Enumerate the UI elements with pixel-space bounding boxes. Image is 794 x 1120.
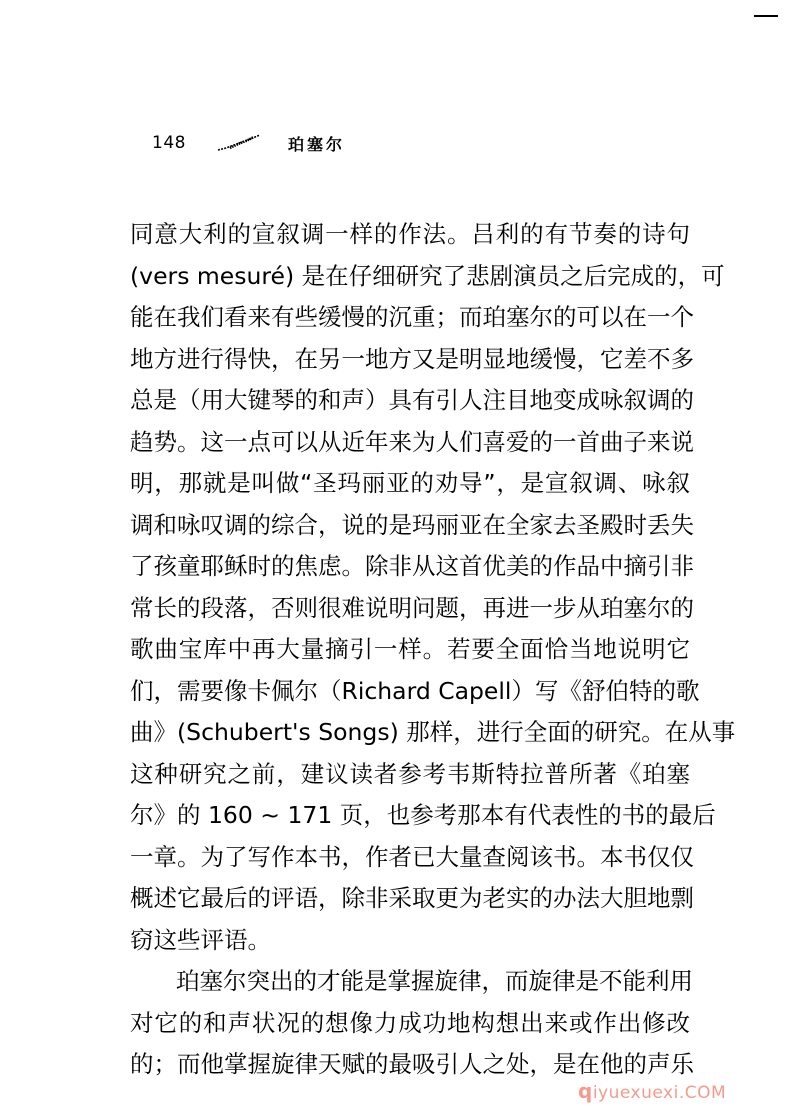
text-line: 这种研究之前，建议读者参考韦斯特拉普所著《珀塞	[130, 754, 690, 796]
running-title: 珀塞尔	[288, 132, 345, 155]
text-line: 调和咏叹调的综合，说的是玛丽亚在全家去圣殿时丢失	[130, 505, 690, 547]
text-line: 歌曲宝库中再大量摘引一样。若要全面恰当地说明它	[130, 629, 690, 671]
text-line: 们，需要像卡佩尔（Richard Capell）写《舒伯特的歌	[130, 671, 690, 713]
text-line: 地方进行得快，在另一地方又是明显地缓慢，它差不多	[130, 339, 690, 381]
text-line: 明，那就是叫做“圣玛丽亚的劝导”，是宣叙调、咏叙	[130, 463, 690, 505]
text-line: 尔》的 160 ~ 171 页，也参考那本有代表性的书的最后	[130, 795, 690, 837]
page-header: 148 珀塞尔	[152, 128, 345, 158]
text-line: 概述它最后的评语，除非采取更为老实的办法大胆地剽	[130, 878, 690, 920]
watermark-q-glyph: q	[578, 1079, 593, 1103]
text-line: (vers mesuré) 是在仔细研究了悲剧演员之后完成的，可	[130, 256, 690, 298]
corner-rule	[754, 15, 778, 17]
paragraph-end-line: 窃这些评语。	[130, 920, 690, 962]
page-number: 148	[152, 133, 186, 153]
paragraph-start-line: 珀塞尔突出的才能是掌握旋律，而旋律是不能利用	[130, 961, 690, 1003]
text-line: 常长的段落，否则很难说明问题，再进一步从珀塞尔的	[130, 588, 690, 630]
text-line: 总是（用大键琴的和声）具有引人注目地变成咏叙调的	[130, 380, 690, 422]
text-line: 趋势。这一点可以从近年来为人们喜爱的一首曲子来说	[130, 422, 690, 464]
body-text: 同意大利的宣叙调一样的作法。吕利的有节奏的诗句 (vers mesuré) 是在…	[130, 214, 690, 1086]
watermark: qiyuexuexi.COM	[578, 1079, 726, 1103]
text-line: 对它的和声状况的想像力成功地构想出来或作出修改	[130, 1003, 690, 1045]
text-line: 曲》(Schubert's Songs) 那样，进行全面的研究。在从事	[130, 712, 690, 754]
text-line: 能在我们看来有些缓慢的沉重；而珀塞尔的可以在一个	[130, 297, 690, 339]
text-line: 一章。为了写作本书，作者已大量查阅该书。本书仅仅	[130, 837, 690, 879]
feather-ornament-icon	[216, 133, 262, 153]
watermark-text: iyuexuexi.COM	[593, 1083, 726, 1103]
text-line: 了孩童耶稣时的焦虑。除非从这首优美的作品中摘引非	[130, 546, 690, 588]
text-line: 同意大利的宣叙调一样的作法。吕利的有节奏的诗句	[130, 214, 690, 256]
